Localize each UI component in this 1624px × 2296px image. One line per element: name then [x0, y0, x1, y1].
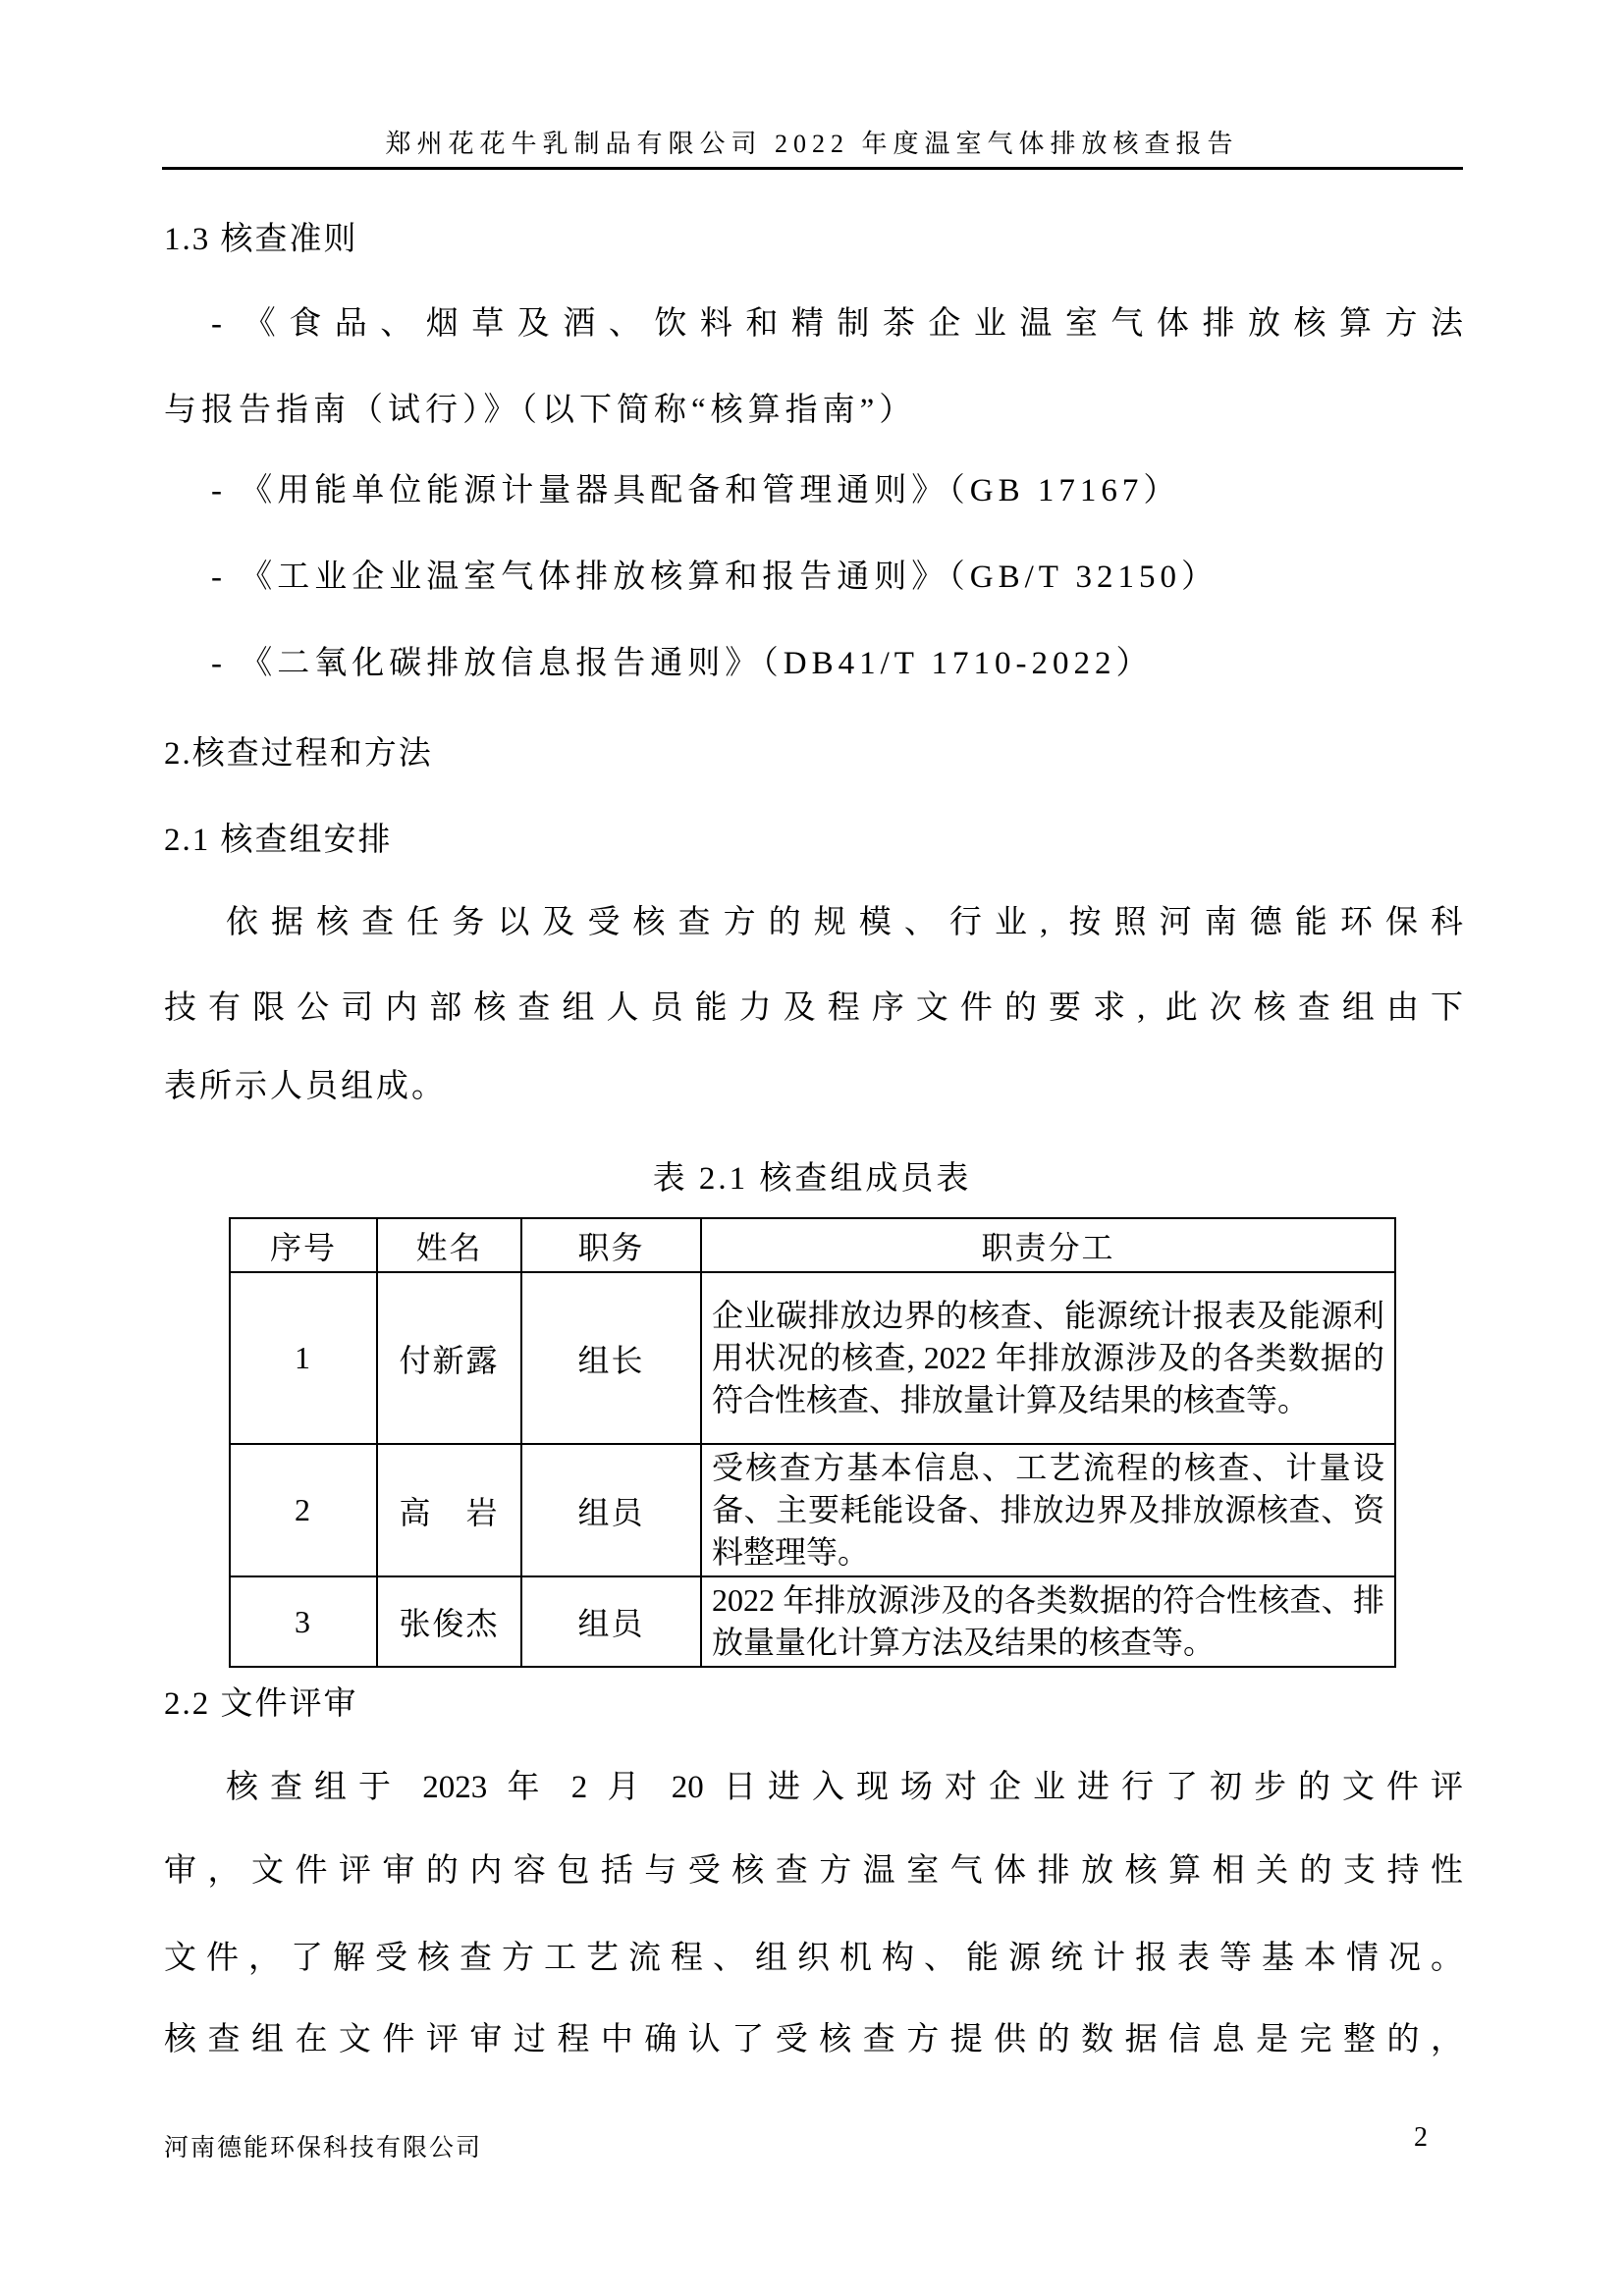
- cell-no: 1: [230, 1272, 377, 1444]
- page-header-title: 郑州花花牛乳制品有限公司 2022 年度温室气体排放核查报告: [0, 124, 1624, 160]
- table-row: 1 付新露 组长 企业碳排放边界的核查、能源统计报表及能源利用状况的核查, 20…: [230, 1272, 1395, 1444]
- verification-team-table: 序号 姓名 职务 职责分工 1 付新露 组长 企业碳排放边界的核查、能源统计报表…: [229, 1217, 1396, 1668]
- table-2-1-caption: 表 2.1 核查组成员表: [0, 1152, 1624, 1199]
- cell-role: 组员: [521, 1444, 701, 1576]
- heading-2: 2.核查过程和方法: [164, 734, 433, 774]
- header-rule: [162, 167, 1463, 170]
- col-header-role: 职务: [521, 1218, 701, 1272]
- footer-page-number: 2: [1414, 2122, 1428, 2154]
- table-row: 3 张俊杰 组员 2022 年排放源涉及的各类数据的符合性核查、排放量量化计算方…: [230, 1576, 1395, 1667]
- para-team-arrangement-line1: 依据核查任务以及受核查方的规模、行业, 按照河南德能环保科: [164, 903, 1463, 942]
- bullet-gbt-32150: - 《工业企业温室气体排放核算和报告通则》（GB/T 32150）: [211, 558, 1218, 597]
- col-header-no: 序号: [230, 1218, 377, 1272]
- cell-name: 张俊杰: [377, 1576, 521, 1667]
- report-page: 郑州花花牛乳制品有限公司 2022 年度温室气体排放核查报告 1.3 核查准则 …: [0, 0, 1624, 2296]
- para-document-review-line1: 核查组于 2023 年 2 月 20 日进入现场对企业进行了初步的文件评: [164, 1768, 1463, 1807]
- cell-role: 组员: [521, 1576, 701, 1667]
- table-row: 2 高 岩 组员 受核查方基本信息、工艺流程的核查、计量设备、主要耗能设备、排放…: [230, 1444, 1395, 1576]
- cell-duty: 2022 年排放源涉及的各类数据的符合性核查、排放量量化计算方法及结果的核查等。: [701, 1576, 1395, 1667]
- para-document-review-line4: 核查组在文件评审过程中确认了受核查方提供的数据信息是完整的，: [164, 2020, 1463, 2059]
- bullet-accounting-guide-line2: 与报告指南（试行）》（以下简称“核算指南”）: [164, 391, 916, 430]
- cell-duty: 受核查方基本信息、工艺流程的核查、计量设备、主要耗能设备、排放边界及排放源核查、…: [701, 1444, 1395, 1576]
- col-header-duty: 职责分工: [701, 1218, 1395, 1272]
- table-header-row: 序号 姓名 职务 职责分工: [230, 1218, 1395, 1272]
- heading-2-1: 2.1 核查组安排: [164, 821, 393, 860]
- cell-no: 2: [230, 1444, 377, 1576]
- para-document-review-line2: 审，文件评审的内容包括与受核查方温室气体排放核算相关的支持性: [164, 1851, 1463, 1891]
- bullet-db41t-1710: - 《二氧化碳排放信息报告通则》（DB41/T 1710-2022）: [211, 644, 1154, 683]
- cell-name: 付新露: [377, 1272, 521, 1444]
- footer-company-name: 河南德能环保科技有限公司: [164, 2128, 482, 2163]
- para-document-review-line3: 文件，了解受核查方工艺流程、组织机构、能源统计报表等基本情况。: [164, 1939, 1463, 1978]
- heading-2-2: 2.2 文件评审: [164, 1684, 358, 1724]
- col-header-name: 姓名: [377, 1218, 521, 1272]
- cell-name: 高 岩: [377, 1444, 521, 1576]
- para-team-arrangement-line2: 技有限公司内部核查组人员能力及程序文件的要求, 此次核查组由下: [164, 988, 1463, 1028]
- cell-no: 3: [230, 1576, 377, 1667]
- bullet-gb-17167: - 《用能单位能源计量器具配备和管理通则》（GB 17167）: [211, 471, 1180, 510]
- para-team-arrangement-line3: 表所示人员组成。: [164, 1067, 447, 1106]
- bullet-accounting-guide-line1: - 《食品、烟草及酒、饮料和精制茶企业温室气体排放核算方法: [211, 304, 1463, 344]
- heading-1-3: 1.3 核查准则: [164, 220, 358, 259]
- cell-duty: 企业碳排放边界的核查、能源统计报表及能源利用状况的核查, 2022 年排放源涉及…: [701, 1272, 1395, 1444]
- cell-role: 组长: [521, 1272, 701, 1444]
